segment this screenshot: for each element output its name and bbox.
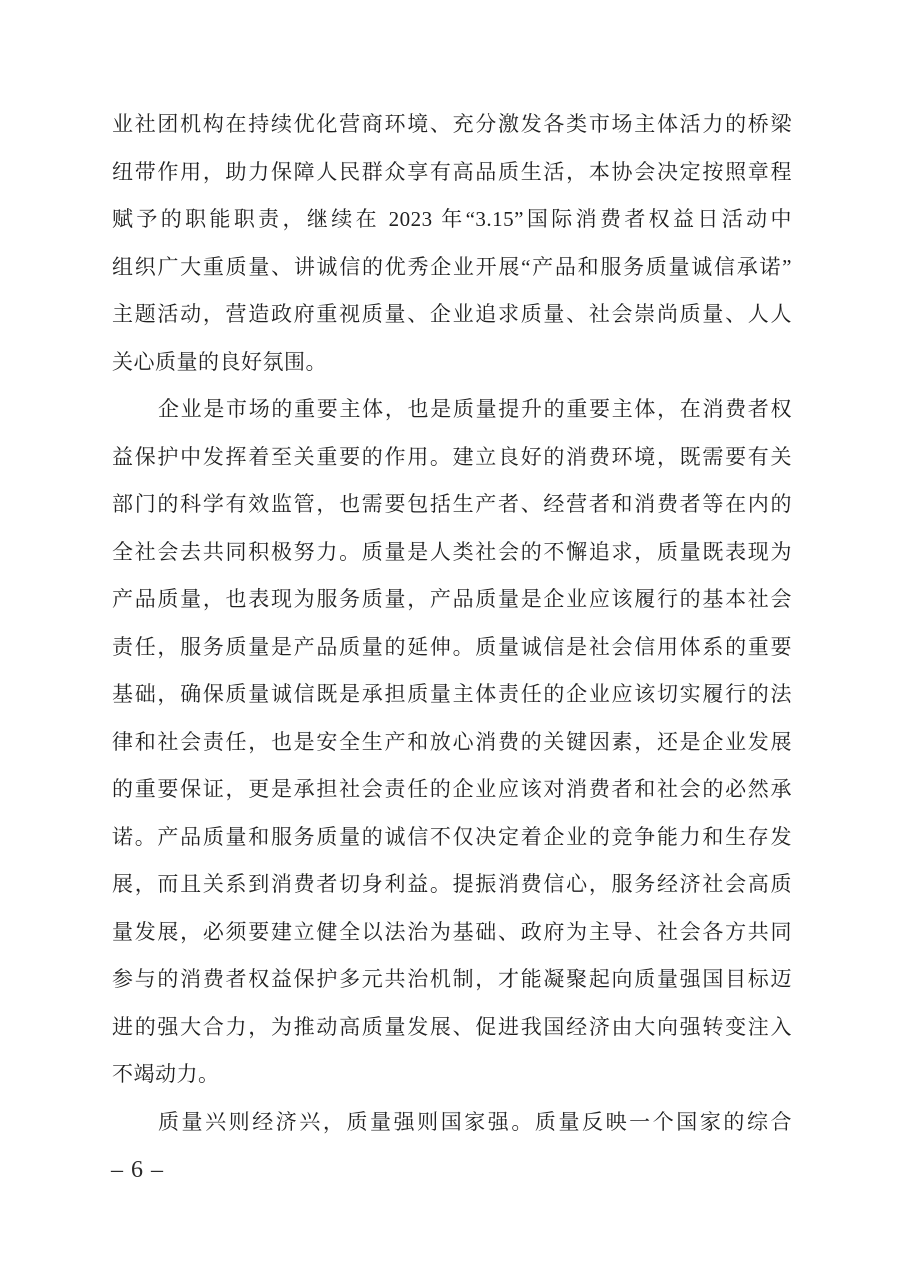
body-text: 业社团机构在持续优化营商环境、充分激发各类市场主体活力的桥梁 纽带作用，助力保障… bbox=[112, 101, 792, 1146]
text-line: 纽带作用，助力保障人民群众享有高品质生活，本协会决定按照章程 bbox=[112, 149, 792, 197]
text-line: 全社会去共同积极努力。质量是人类社会的不懈追求，质量既表现为 bbox=[112, 529, 792, 577]
page-number: – 6 – bbox=[111, 1156, 164, 1184]
text-line: 的重要保证，更是承担社会责任的企业应该对消费者和社会的必然承 bbox=[112, 766, 792, 814]
document-page: 业社团机构在持续优化营商环境、充分激发各类市场主体活力的桥梁 纽带作用，助力保障… bbox=[0, 0, 900, 1273]
text-line: 赋予的职能职责，继续在 2023 年“3.15”国际消费者权益日活动中 bbox=[112, 196, 792, 244]
text-line: 参与的消费者权益保护多元共治机制，才能凝聚起向质量强国目标迈 bbox=[112, 956, 792, 1004]
text-line: 量发展，必须要建立健全以法治为基础、政府为主导、社会各方共同 bbox=[112, 909, 792, 957]
text-line: 诺。产品质量和服务质量的诚信不仅决定着企业的竞争能力和生存发 bbox=[112, 814, 792, 862]
text-line: 律和社会责任，也是安全生产和放心消费的关键因素，还是企业发展 bbox=[112, 719, 792, 767]
text-line-paragraph-start: 企业是市场的重要主体，也是质量提升的重要主体，在消费者权 bbox=[112, 386, 792, 434]
text-line: 产品质量，也表现为服务质量，产品质量是企业应该履行的基本社会 bbox=[112, 576, 792, 624]
text-line: 益保护中发挥着至关重要的作用。建立良好的消费环境，既需要有关 bbox=[112, 434, 792, 482]
text-line: 责任，服务质量是产品质量的延伸。质量诚信是社会信用体系的重要 bbox=[112, 624, 792, 672]
text-line: 主题活动，营造政府重视质量、企业追求质量、社会崇尚质量、人人 bbox=[112, 291, 792, 339]
text-line-paragraph-end: 关心质量的良好氛围。 bbox=[112, 339, 792, 387]
text-line: 部门的科学有效监管，也需要包括生产者、经营者和消费者等在内的 bbox=[112, 481, 792, 529]
text-line: 组织广大重质量、讲诚信的优秀企业开展“产品和服务质量诚信承诺” bbox=[112, 244, 792, 292]
text-line-paragraph-end: 不竭动力。 bbox=[112, 1051, 792, 1099]
text-line-paragraph-start: 质量兴则经济兴，质量强则国家强。质量反映一个国家的综合 bbox=[112, 1099, 792, 1147]
text-line: 基础，确保质量诚信既是承担质量主体责任的企业应该切实履行的法 bbox=[112, 671, 792, 719]
text-line: 业社团机构在持续优化营商环境、充分激发各类市场主体活力的桥梁 bbox=[112, 101, 792, 149]
text-line: 进的强大合力，为推动高质量发展、促进我国经济由大向强转变注入 bbox=[112, 1004, 792, 1052]
text-line: 展，而且关系到消费者切身利益。提振消费信心，服务经济社会高质 bbox=[112, 861, 792, 909]
